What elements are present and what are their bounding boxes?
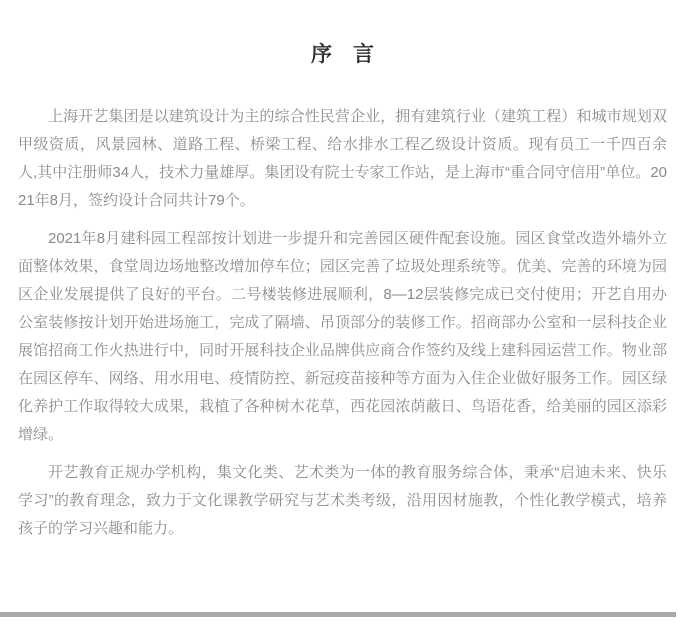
preface-paragraph-3: 开艺教育正规办学机构，集文化类、艺术类为一体的教育服务综合体，秉承“启迪未来、快… bbox=[18, 459, 667, 543]
horizontal-scrollbar-thumb[interactable] bbox=[0, 612, 676, 617]
preface-paragraph-2: 2021年8月建科园工程部按计划进一步提升和完善园区硬件配套设施。园区食堂改造外… bbox=[18, 225, 667, 449]
page-title: 序 言 bbox=[18, 41, 667, 69]
document-page: 序 言 上海开艺集团是以建筑设计为主的综合性民营企业，拥有建筑行业（建筑工程）和… bbox=[0, 0, 682, 543]
preface-paragraph-1: 上海开艺集团是以建筑设计为主的综合性民营企业，拥有建筑行业（建筑工程）和城市规划… bbox=[18, 103, 667, 215]
